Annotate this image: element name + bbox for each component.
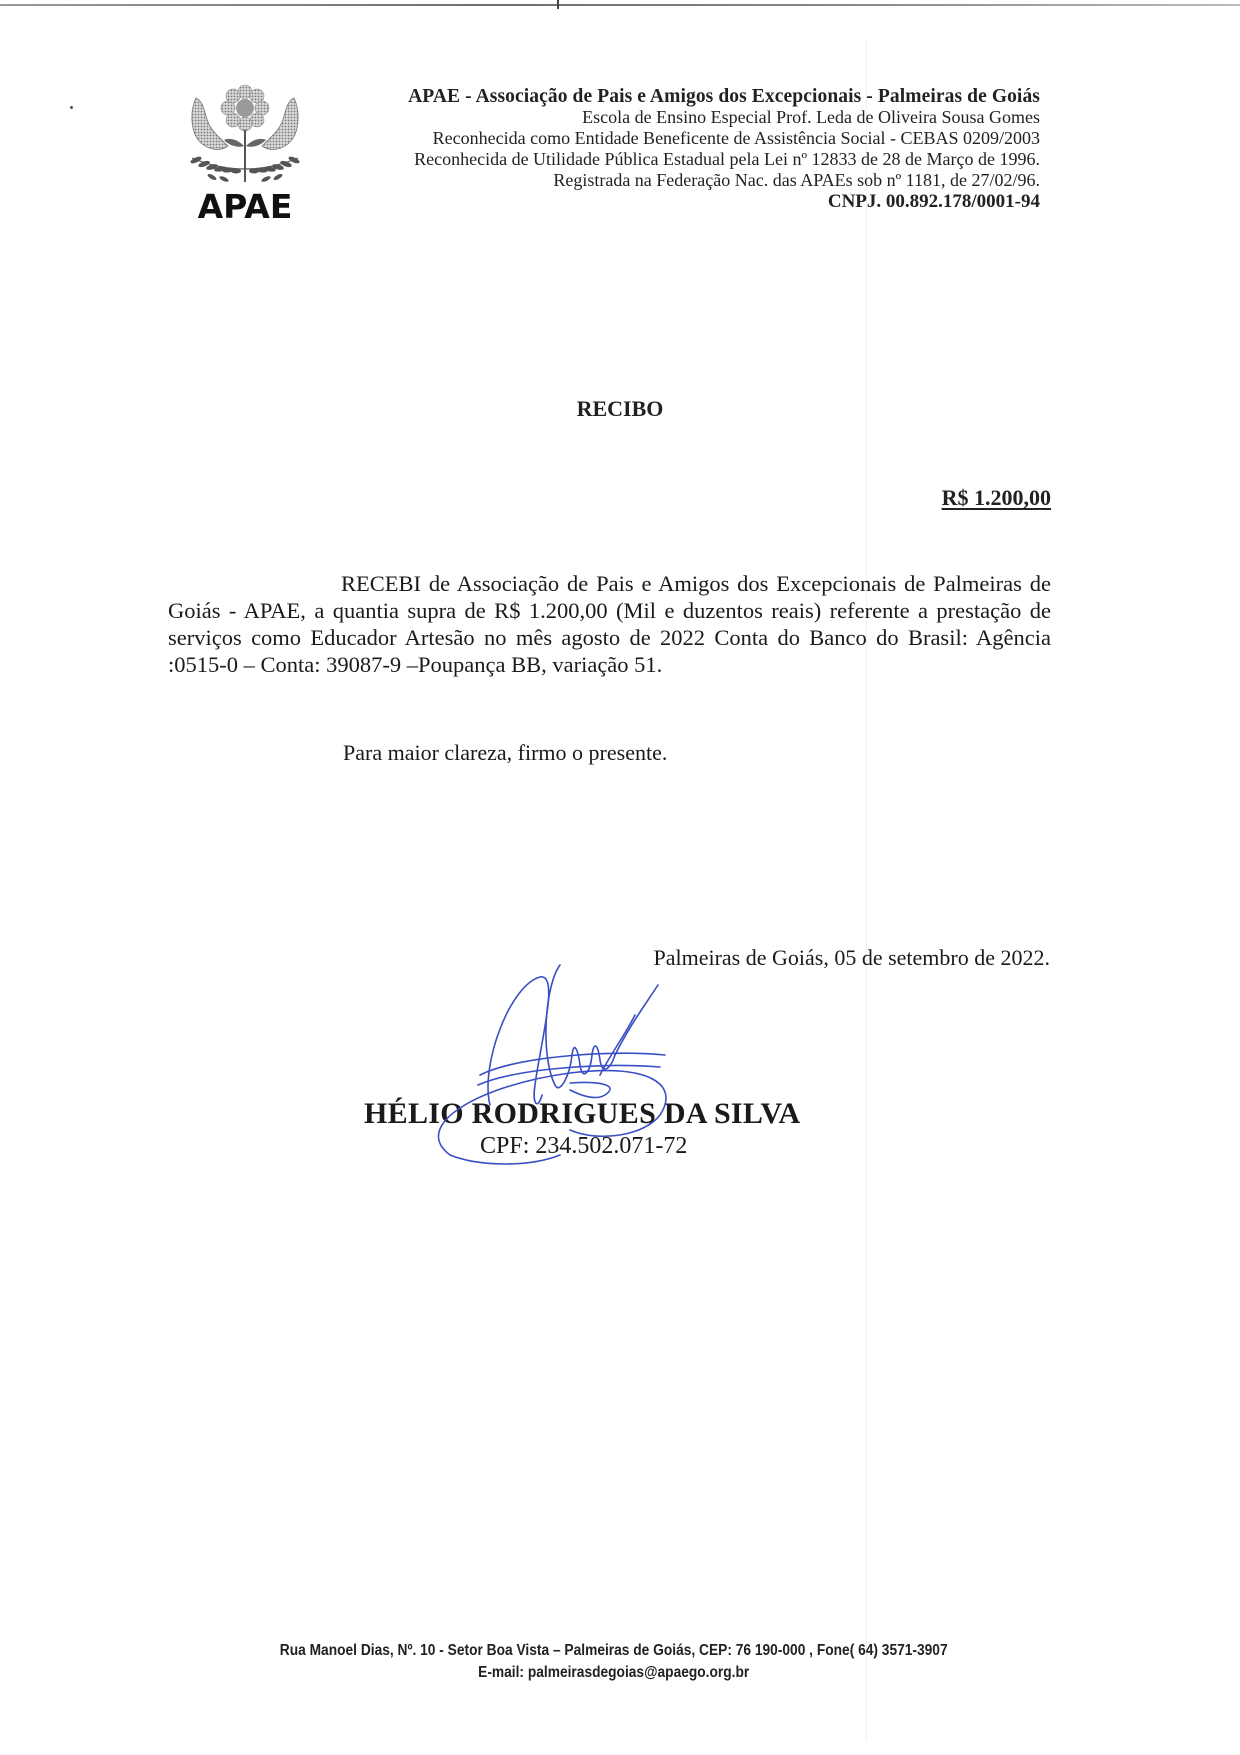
federation-registration: Registrada na Federação Nac. das APAEs s… (408, 170, 1040, 191)
scan-speck (70, 106, 73, 109)
paper-fold-line (866, 40, 867, 1740)
place-and-date: Palmeiras de Goiás, 05 de setembro de 20… (653, 945, 1050, 971)
document-title: RECIBO (0, 396, 1240, 422)
footer-address: Rua Manoel Dias, Nº. 10 - Setor Boa Vist… (81, 1640, 1147, 1662)
receipt-amount: R$ 1.200,00 (942, 485, 1051, 511)
signer-cpf: CPF: 234.502.071-72 (480, 1133, 687, 1160)
organization-name: APAE - Associação de Pais e Amigos dos E… (408, 86, 1040, 107)
receipt-body-text: RECEBI de Associação de Pais e Amigos do… (168, 570, 1051, 678)
public-utility-law: Reconhecida de Utilidade Pública Estadua… (408, 149, 1040, 170)
school-name: Escola de Ensino Especial Prof. Leda de … (408, 107, 1040, 128)
footer-contact: Rua Manoel Dias, Nº. 10 - Setor Boa Vist… (81, 1640, 1147, 1684)
logo-wordmark: APAE (182, 187, 308, 226)
flower-hands-icon (182, 80, 308, 192)
footer-email: E-mail: palmeirasdegoias@apaego.org.br (81, 1662, 1147, 1684)
scan-mark (557, 0, 559, 9)
apae-logo: APAE (182, 80, 308, 230)
cnpj-number: CNPJ. 00.892.178/0001-94 (408, 191, 1040, 212)
signer-name: HÉLIO RODRIGUES DA SILVA (364, 1097, 801, 1131)
closing-statement: Para maior clareza, firmo o presente. (343, 740, 667, 766)
cebas-registration: Reconhecida como Entidade Beneficente de… (408, 128, 1040, 149)
scan-border-line (0, 4, 1240, 6)
letterhead: APAE - Associação de Pais e Amigos dos E… (408, 86, 1040, 212)
